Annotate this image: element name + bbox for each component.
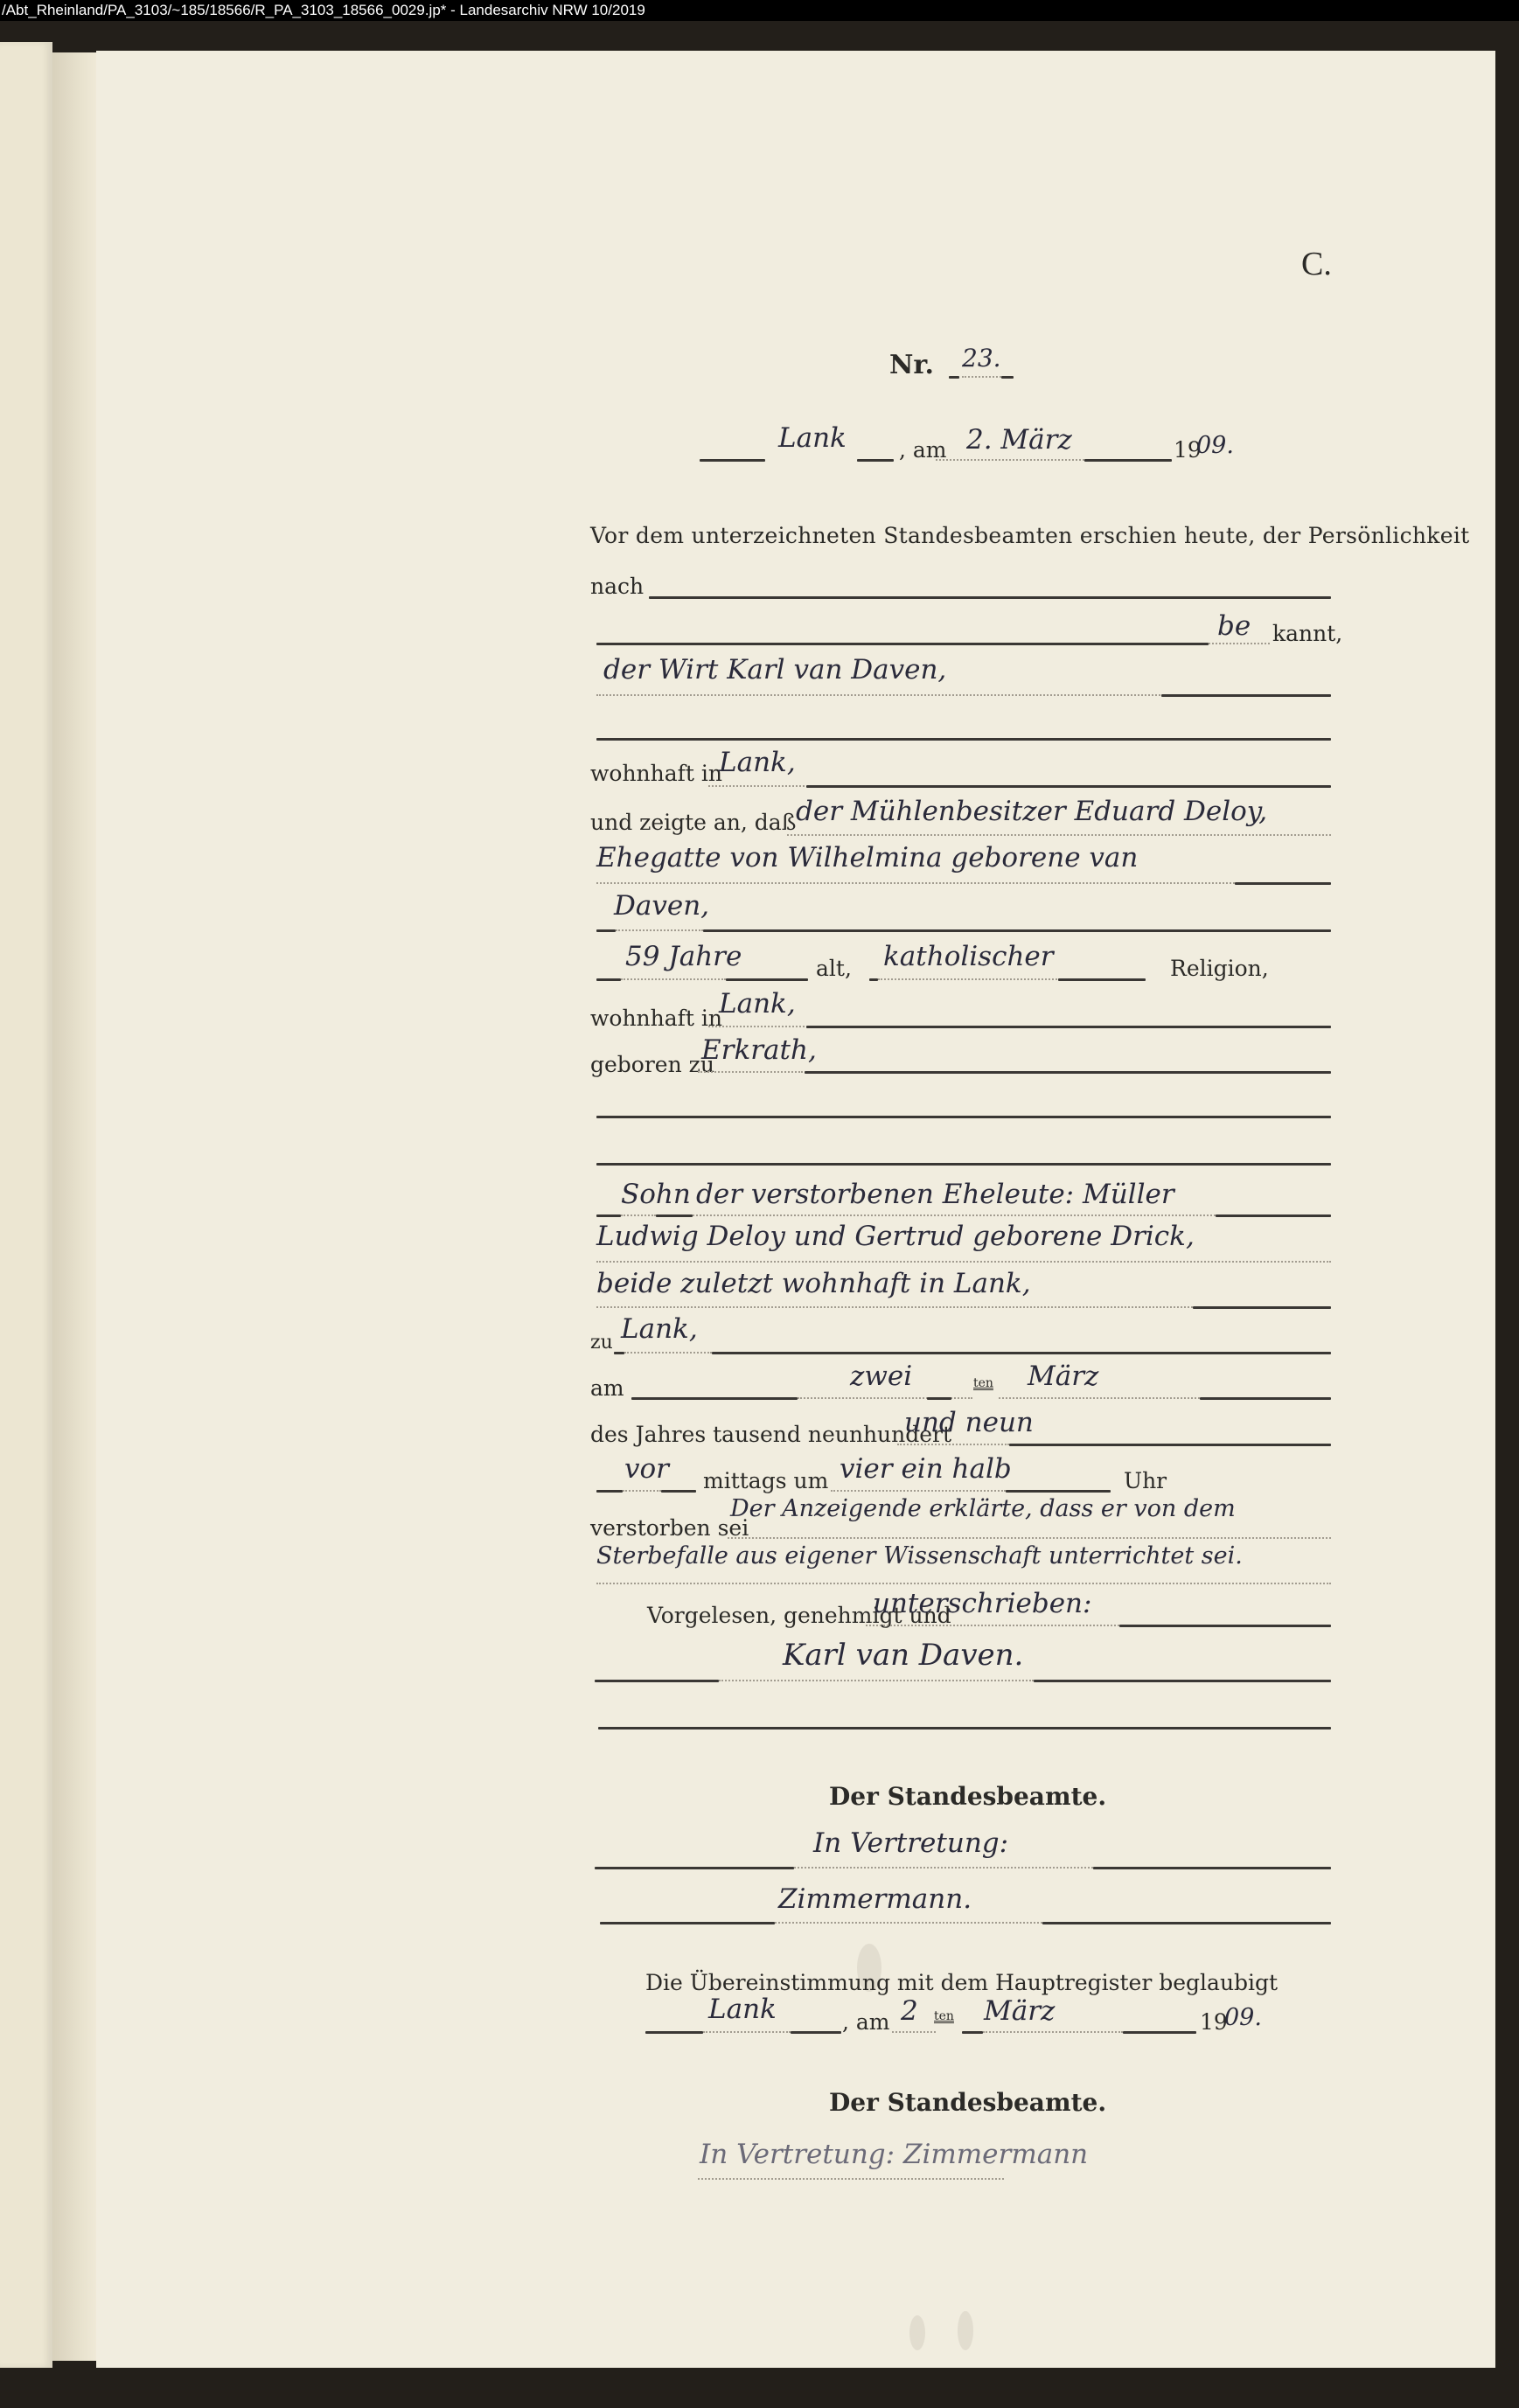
paper-stain [909, 2315, 925, 2350]
age-value: 59 Jahre [625, 941, 742, 972]
death-month-value: März [1028, 1361, 1098, 1392]
informant-signature: Karl van Daven. [783, 1638, 1023, 1673]
parents-line-2: Ludwig Deloy und Gertrud geborene Drick, [596, 1221, 1195, 1252]
death-day-value: zwei [850, 1361, 912, 1392]
record-number-label: Nr. [889, 350, 934, 380]
death-day-suffix: ten [973, 1376, 993, 1390]
approval-value: unterschrieben: [873, 1588, 1091, 1619]
header-date: 2. März [966, 424, 1072, 456]
registrar-deputy: In Vertretung: [813, 1827, 1008, 1859]
cert-place: Lank [708, 1994, 777, 2025]
cert-registrar-heading: Der Standesbeamte. [829, 2088, 1106, 2117]
death-place-value: Lank, [621, 1313, 698, 1345]
cert-day-suffix: ten [934, 2009, 954, 2023]
death-year-value: und neun [904, 1407, 1034, 1438]
paper-stain [958, 2311, 973, 2350]
registrar-heading: Der Standesbeamte. [829, 1782, 1106, 1811]
kannt-prefix: be [1217, 610, 1251, 642]
time-prefix: vor [624, 1453, 669, 1485]
religion-label: Religion, [1170, 956, 1269, 981]
parents-relation: Sohn [621, 1179, 691, 1210]
deceased-line-1: der Mühlenbesitzer Eduard Deloy, [796, 796, 1267, 827]
birthplace-label: geboren zu [590, 1052, 714, 1077]
cert-am-label: , am [842, 2009, 890, 2035]
age-label: alt, [816, 956, 852, 981]
time-unit: Uhr [1124, 1468, 1167, 1493]
death-place-label: zu [590, 1332, 613, 1354]
deceased-residence-label: wohnhaft in [590, 1006, 722, 1031]
time-value: vier ein halb [840, 1453, 1012, 1485]
intro-text: Vor dem unterzeichneten Standesbeamten e… [590, 523, 1469, 548]
cert-deputy-signature: In Vertretung: Zimmermann [700, 2139, 1088, 2170]
death-day-label: am [590, 1375, 624, 1401]
kannt-label: kannt, [1272, 621, 1342, 646]
statement-line-2: Sterbefalle aus eigener Wissenschaft unt… [596, 1542, 1243, 1569]
register-page: C. Nr. 23. Lank , am 2. März 19 09. Vor … [96, 51, 1495, 2368]
cert-year-suffix: 09. [1224, 2004, 1262, 2031]
deceased-residence: Lank, [719, 988, 796, 1020]
deceased-line-2: Ehegatte von Wilhelmina geborene van [596, 842, 1138, 873]
informant-name: der Wirt Karl van Daven, [603, 654, 946, 686]
book-gutter [52, 52, 96, 2361]
section-letter: C. [1301, 245, 1332, 283]
reported-label: und zeigte an, daß [590, 810, 796, 835]
record-number: 23. [962, 344, 1001, 372]
header-place: Lank [778, 422, 847, 454]
certification-text: Die Übereinstimmung mit dem Hauptregiste… [645, 1970, 1278, 1995]
registrar-signature: Zimmermann. [778, 1883, 972, 1915]
left-page-edge [0, 42, 52, 2368]
cert-month: März [984, 1995, 1055, 2027]
window-title-bar: /Abt_Rheinland/PA_3103/~185/18566/R_PA_3… [0, 0, 1519, 21]
informant-residence: Lank, [719, 747, 796, 778]
parents-line-1: der verstorbenen Eheleute: Müller [696, 1179, 1174, 1210]
nach-label: nach [590, 574, 644, 599]
cert-day: 2 [901, 1995, 918, 2027]
window-title: /Abt_Rheinland/PA_3103/~185/18566/R_PA_3… [2, 2, 645, 18]
deceased-line-3: Daven, [614, 890, 709, 922]
time-label: mittags um [703, 1468, 828, 1493]
parents-line-3: beide zuletzt wohnhaft in Lank, [596, 1268, 1031, 1299]
statement-line-1: Der Anzeigende erklärte, dass er von dem [730, 1495, 1236, 1522]
birthplace-value: Erkrath, [701, 1034, 817, 1066]
header-year-suffix: 09. [1196, 432, 1234, 459]
informant-residence-label: wohnhaft in [590, 761, 722, 786]
religion-value: katholischer [883, 941, 1054, 972]
died-label: verstorben sei [590, 1515, 749, 1541]
